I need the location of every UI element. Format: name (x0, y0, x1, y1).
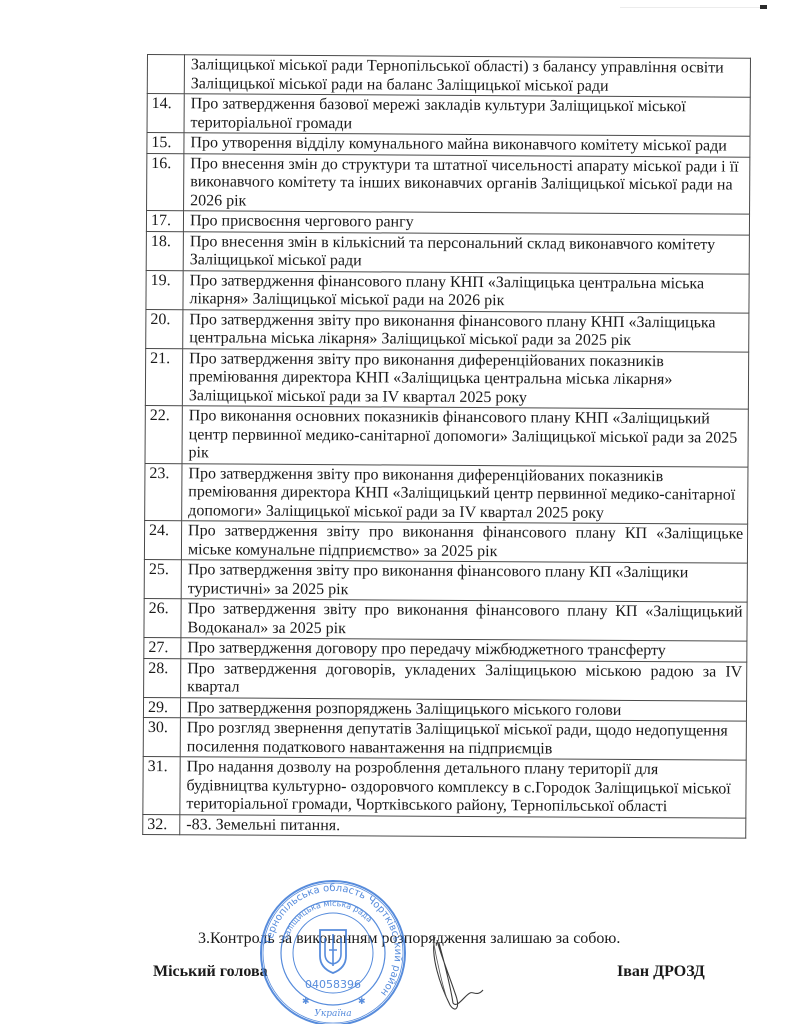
agenda-item-number: 23. (145, 463, 182, 521)
agenda-item-text: -83. Земельні питання. (180, 814, 746, 838)
agenda-item-number: 25. (144, 559, 181, 598)
agenda-item-text: Про затвердження звіту про виконання диф… (182, 463, 748, 524)
agenda-item-number: 18. (146, 231, 183, 270)
agenda-item-number: 15. (147, 133, 184, 154)
svg-text:✱: ✱ (302, 997, 310, 1007)
official-seal-icon: Тернопільська область Чортківський район… (258, 878, 408, 1024)
agenda-item-text: Про затвердження звіту про виконання фін… (183, 309, 749, 351)
agenda-row: 20.Про затвердження звіту про виконання … (146, 309, 749, 352)
agenda-row: 26.Про затвердження звіту про виконання … (144, 598, 747, 641)
agenda-item-number: 22. (145, 405, 182, 463)
scan-artifact-mark (760, 5, 767, 9)
agenda-row: 25.Про затвердження звіту про виконання … (144, 559, 747, 602)
agenda-row: 30.Про розгляд звернення депутатів Заліщ… (143, 717, 746, 760)
agenda-item-number: 24. (144, 520, 181, 559)
agenda-row: 31.Про надання дозволу на розроблення де… (143, 756, 746, 817)
agenda-item-text: Про затвердження базової мережі закладів… (184, 94, 750, 136)
agenda-item-text: Про затвердження звіту про виконання фін… (181, 599, 747, 641)
agenda-item-text: Про затвердження звіту про виконання фін… (181, 560, 747, 602)
agenda-item-number (147, 55, 184, 94)
agenda-item-text: Про затвердження договорів, укладених За… (181, 658, 747, 700)
agenda-item-text: Заліщицької міської ради Тернопільської … (184, 55, 750, 97)
agenda-item-text: Про затвердження договору про передачу м… (181, 638, 747, 662)
svg-text:✱: ✱ (358, 997, 366, 1007)
agenda-item-text: Про внесення змін в кількісний та персон… (183, 231, 749, 273)
agenda-item-text: Про затвердження фінансового плану КНП «… (183, 270, 749, 312)
agenda-item-text: Про затвердження звіту про виконання диф… (182, 348, 748, 409)
agenda-table-body: Заліщицької міської ради Тернопільської … (143, 55, 751, 839)
agenda-row: 32.-83. Земельні питання. (143, 814, 746, 838)
agenda-item-number: 17. (146, 211, 183, 232)
agenda-item-number: 20. (146, 309, 183, 348)
seal-bottom-text: Україна (314, 1009, 351, 1019)
agenda-row: 28.Про затвердження договорів, укладених… (144, 658, 747, 701)
agenda-row: 14.Про затвердження базової мережі закла… (147, 94, 750, 137)
agenda-row: 24.Про затвердження звіту про виконання … (144, 520, 747, 563)
agenda-row: 18.Про внесення змін в кількісний та пер… (146, 231, 749, 274)
agenda-row: 29.Про затвердження розпоряджень Заліщиц… (143, 697, 746, 721)
agenda-item-text: Про затвердження звіту про виконання фін… (181, 521, 747, 563)
agenda-row: 16.Про внесення змін до структури та шта… (147, 153, 750, 214)
agenda-item-number: 14. (147, 94, 184, 133)
agenda-row: 19.Про затвердження фінансового плану КН… (146, 270, 749, 313)
agenda-row: 15.Про утворення відділу комунального ма… (147, 133, 750, 157)
agenda-item-text: Про внесення змін до структури та штатно… (184, 153, 750, 214)
agenda-row: 23.Про затвердження звіту про виконання … (145, 463, 748, 524)
agenda-row: 21.Про затвердження звіту про виконання … (145, 348, 748, 409)
agenda-item-number: 28. (144, 658, 181, 697)
agenda-item-number: 29. (143, 697, 180, 718)
agenda-item-number: 31. (143, 756, 180, 814)
agenda-table: Заліщицької міської ради Тернопільської … (142, 54, 751, 839)
agenda-item-number: 19. (146, 270, 183, 309)
agenda-item-number: 16. (147, 153, 184, 211)
agenda-item-text: Про розгляд звернення депутатів Заліщиць… (180, 718, 746, 760)
control-clause: 3.Контроль за виконанням розпорядження з… (198, 930, 620, 948)
agenda-row: Заліщицької міської ради Тернопільської … (147, 55, 750, 98)
agenda-item-text: Про надання дозволу на розроблення детал… (180, 757, 746, 818)
agenda-item-number: 26. (144, 598, 181, 637)
agenda-item-number: 30. (143, 717, 180, 756)
agenda-item-text: Про присвоєння чергового рангу (183, 211, 749, 235)
agenda-item-text: Про утворення відділу комунального майна… (184, 133, 750, 157)
scan-artifact-line (620, 7, 760, 8)
agenda-row: 17.Про присвоєння чергового рангу (146, 211, 749, 235)
agenda-item-text: Про затвердження розпоряджень Заліщицько… (180, 697, 746, 721)
signatory-title: Міський голова (153, 963, 268, 981)
agenda-row: 27.Про затвердження договору про передач… (144, 637, 747, 661)
agenda-item-text: Про виконання основних показників фінанс… (182, 406, 748, 467)
agenda-row: 22.Про виконання основних показників фін… (145, 405, 748, 466)
signatory-name: Іван ДРОЗД (617, 963, 705, 981)
seal-code: 04058396 (305, 978, 361, 991)
agenda-item-number: 32. (143, 814, 180, 835)
agenda-item-number: 21. (145, 348, 182, 406)
agenda-item-number: 27. (144, 637, 181, 658)
